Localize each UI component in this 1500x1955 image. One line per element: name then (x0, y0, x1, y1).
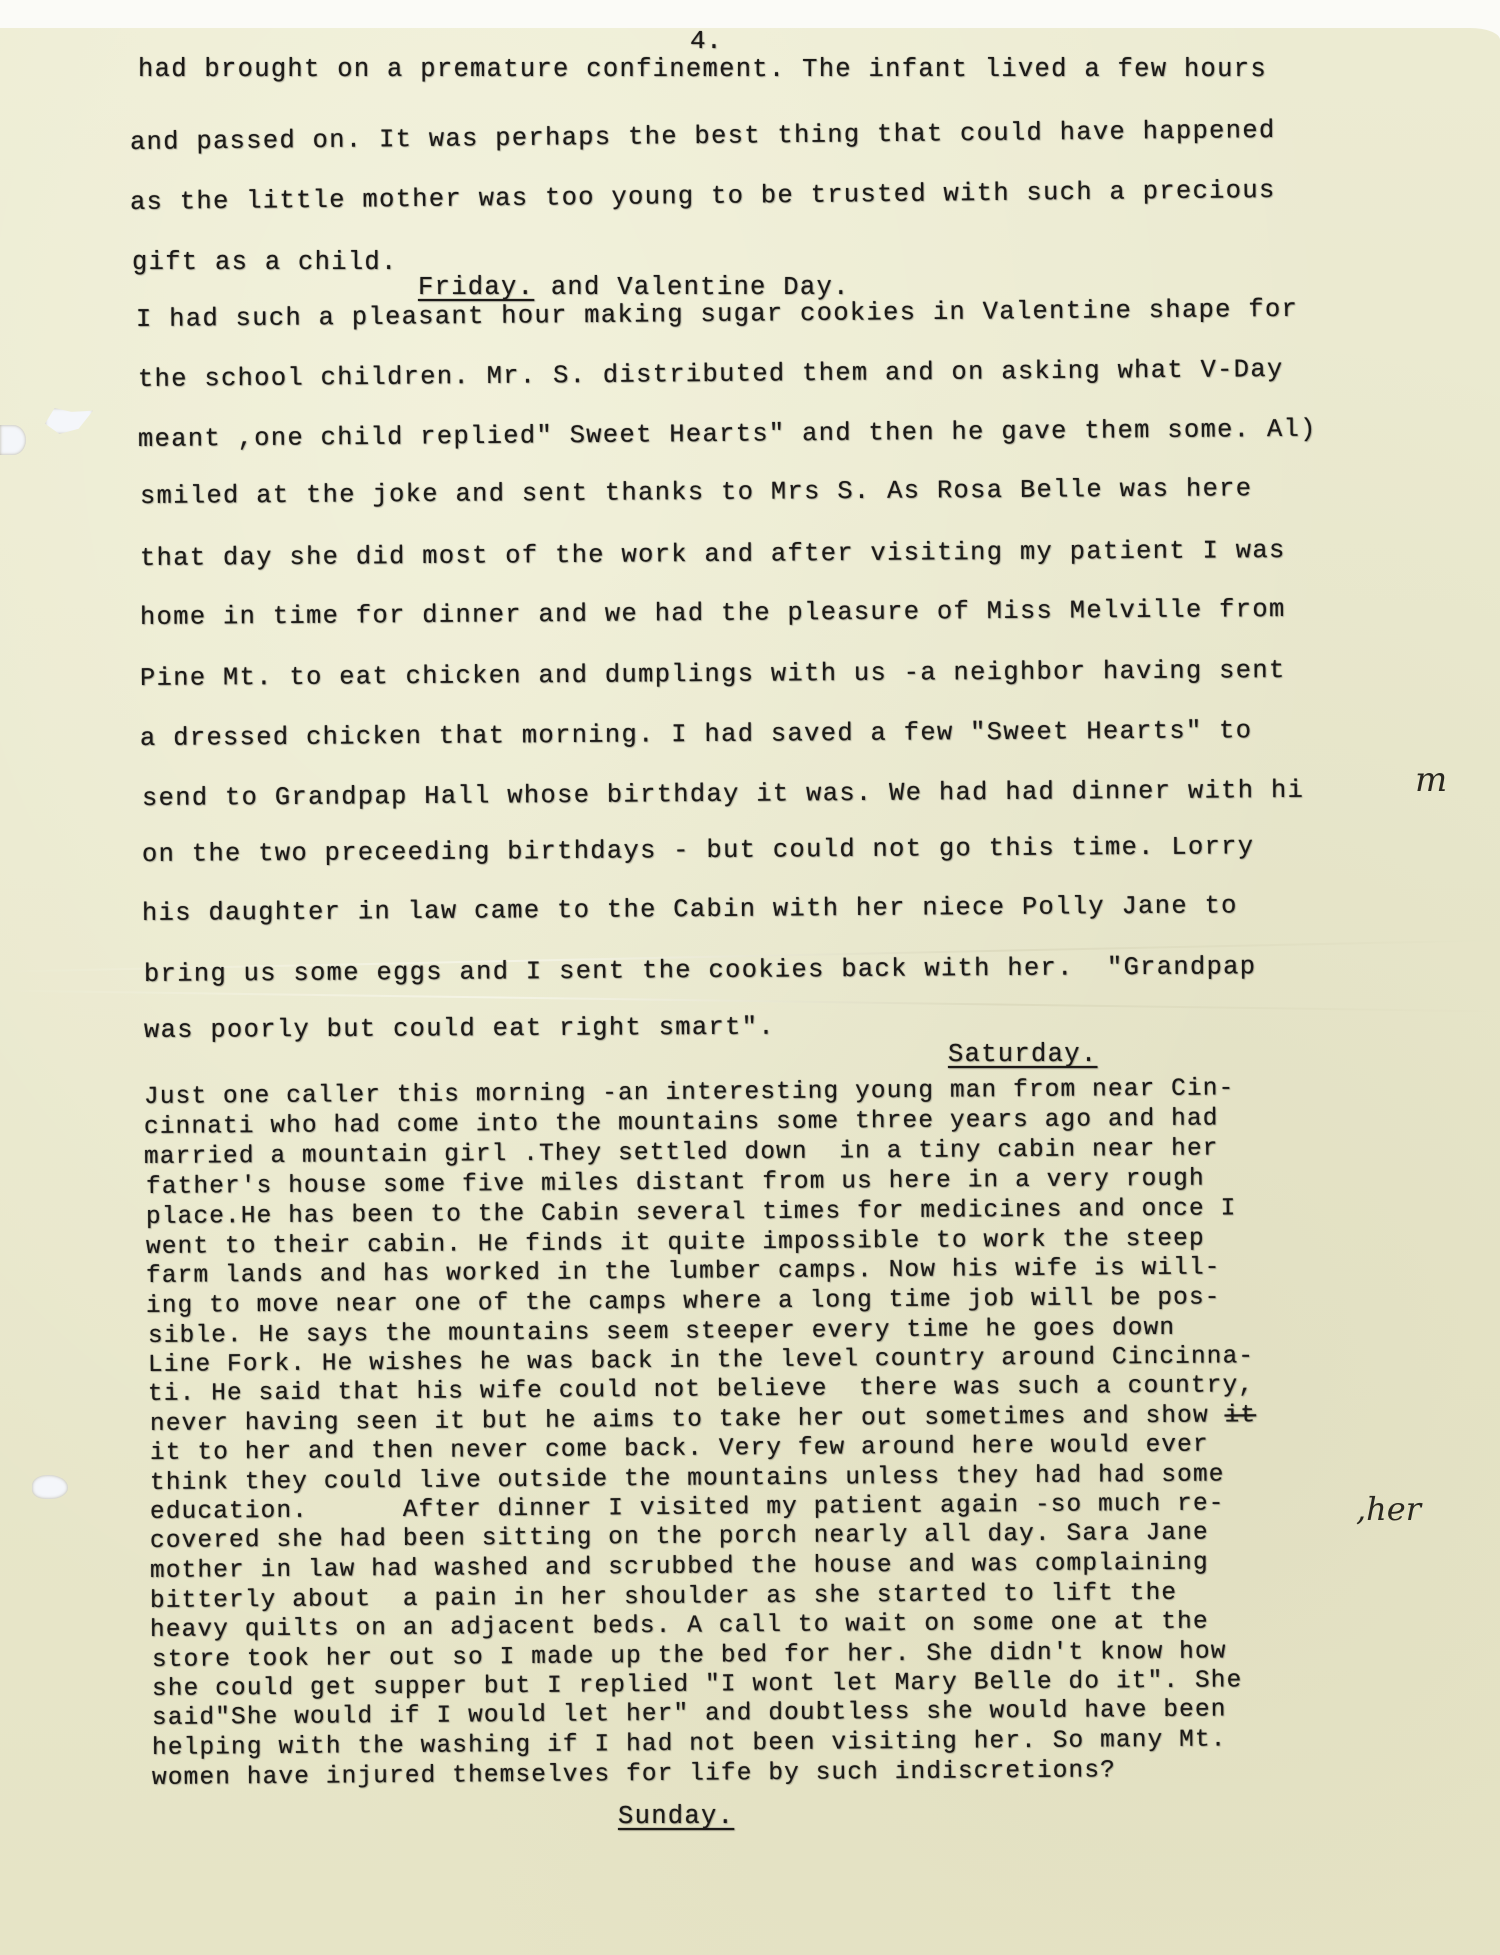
friday-heading-rest: and Valentine Day. (534, 273, 849, 302)
section-heading-friday: Friday. and Valentine Day. (418, 273, 850, 302)
saturday-heading: Saturday. (948, 1040, 1097, 1069)
page-number: 4. (690, 26, 722, 56)
punch-hole-tear (32, 1475, 68, 1499)
text-line: was poorly but could eat right smart". (144, 1013, 775, 1045)
text-line: gift as a child. (132, 248, 398, 277)
punch-hole-tear (0, 425, 26, 455)
sunday-heading: Sunday. (618, 1802, 734, 1831)
struck-word: it (1224, 1402, 1256, 1429)
handwritten-letter-m: m (1415, 760, 1447, 800)
handwritten-insert-her: ,her (1356, 1490, 1421, 1528)
friday-heading: Friday. (418, 273, 534, 302)
text-line: had brought on a premature confinement. … (138, 55, 1267, 84)
